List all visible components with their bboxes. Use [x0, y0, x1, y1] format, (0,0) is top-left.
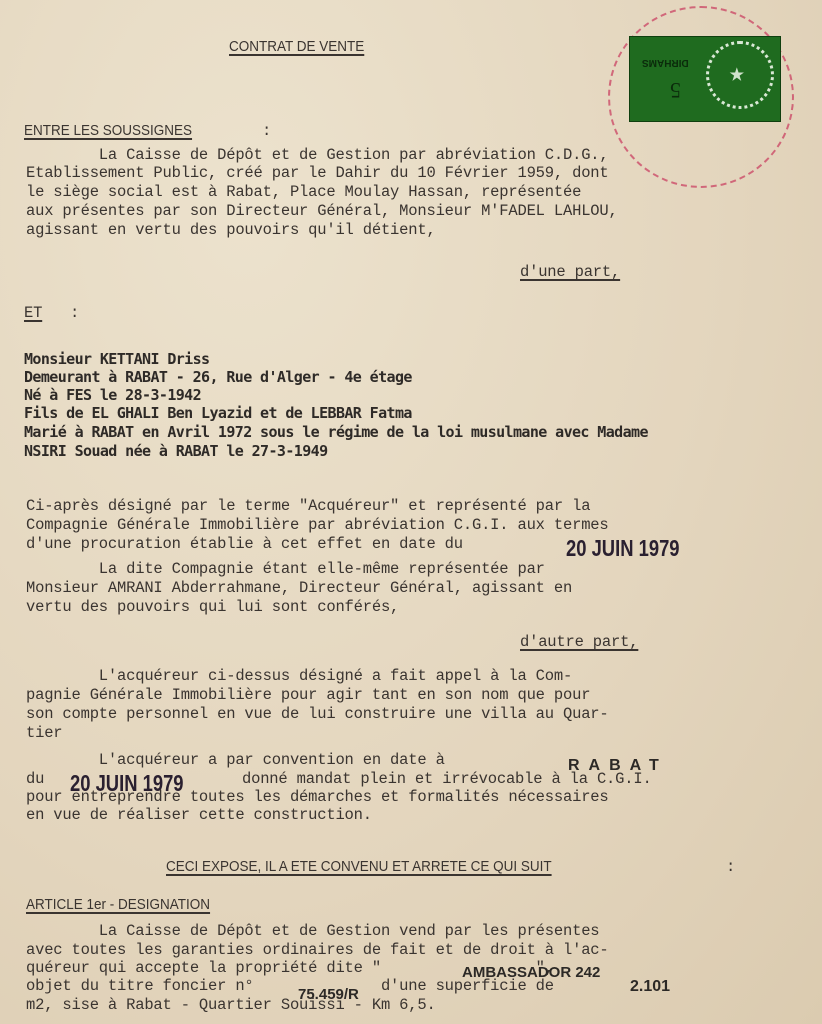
- buyer-line: Demeurant à RABAT - 26, Rue d'Alger - 4e…: [24, 368, 412, 386]
- article-line: m2, sise à Rabat - Quartier Souissi - Km…: [26, 996, 436, 1014]
- article-line: avec toutes les garanties ordinaires de …: [26, 941, 609, 959]
- mandate-line: L'acquéreur a par convention en date à: [26, 751, 445, 769]
- fiscal-stamp: DIRHAMS 5: [629, 36, 781, 122]
- buyer-line: Fils de EL GHALI Ben Lyazid et de LEBBAR…: [24, 404, 412, 422]
- et-label: ET: [24, 304, 42, 322]
- seller-line: Etablissement Public, créé par le Dahir …: [26, 164, 609, 182]
- mandate-line: pour entreprendre toutes les démarches e…: [26, 788, 609, 806]
- article-line: objet du titre foncier n° d'une superfic…: [26, 977, 554, 995]
- company-line: La dite Compagnie étant elle-même représ…: [26, 560, 545, 578]
- mandate-line-prefix: du: [26, 770, 44, 788]
- colon: :: [726, 858, 735, 876]
- appeal-line: L'acquéreur ci-dessus désigné a fait app…: [26, 667, 572, 685]
- colon: :: [70, 304, 79, 322]
- representation-line: d'une procuration établie à cet effet en…: [26, 535, 463, 553]
- seller-line: aux présentes par son Directeur Général,…: [26, 202, 618, 220]
- company-line: Monsieur AMRANI Abderrahmane, Directeur …: [26, 579, 572, 597]
- article-heading: ARTICLE 1er - DESIGNATION: [26, 896, 210, 913]
- seller-line: le siège social est à Rabat, Place Moula…: [26, 183, 581, 201]
- colon: :: [262, 122, 271, 140]
- company-line: vertu des pouvoirs qui lui sont conférés…: [26, 598, 399, 616]
- dautre-part: d'autre part,: [520, 633, 638, 651]
- representation-line: Compagnie Générale Immobilière par abrév…: [26, 516, 609, 534]
- agreed-heading: CECI EXPOSE, IL A ETE CONVENU ET ARRETE …: [166, 858, 552, 875]
- buyer-line: Monsieur KETTANI Driss: [24, 350, 209, 368]
- document-title: CONTRAT DE VENTE: [229, 38, 364, 55]
- buyer-line: Né à FES le 28-3-1942: [24, 386, 201, 404]
- mandate-line: en vue de réaliser cette construction.: [26, 806, 372, 824]
- mandate-line-suffix: donné mandat plein et irrévocable à la C…: [242, 770, 652, 788]
- fiscal-stamp-value: 5: [670, 77, 681, 103]
- seller-line: agissant en vertu des pouvoirs qu'il dét…: [26, 221, 436, 239]
- appeal-line: son compte personnel en vue de lui const…: [26, 705, 609, 723]
- article-line: La Caisse de Dépôt et de Gestion vend pa…: [26, 922, 599, 940]
- seller-line: La Caisse de Dépôt et de Gestion par abr…: [26, 146, 609, 164]
- appeal-line: tier: [26, 724, 62, 742]
- fiscal-stamp-label: DIRHAMS: [642, 57, 689, 68]
- dune-part: d'une part,: [520, 263, 620, 281]
- buyer-line: Marié à RABAT en Avril 1972 sous le régi…: [24, 423, 648, 441]
- representation-line: Ci-après désigné par le terme "Acquéreur…: [26, 497, 590, 515]
- emblem-icon: [706, 41, 774, 109]
- date-stamp: 20 JUIN 1979: [566, 535, 680, 562]
- section-heading-parties: ENTRE LES SOUSSIGNES: [24, 122, 192, 139]
- appeal-line: pagnie Générale Immobilière pour agir ta…: [26, 686, 590, 704]
- area-stamp: 2.101: [630, 978, 670, 996]
- buyer-line: NSIRI Souad née à RABAT le 27-3-1949: [24, 442, 328, 460]
